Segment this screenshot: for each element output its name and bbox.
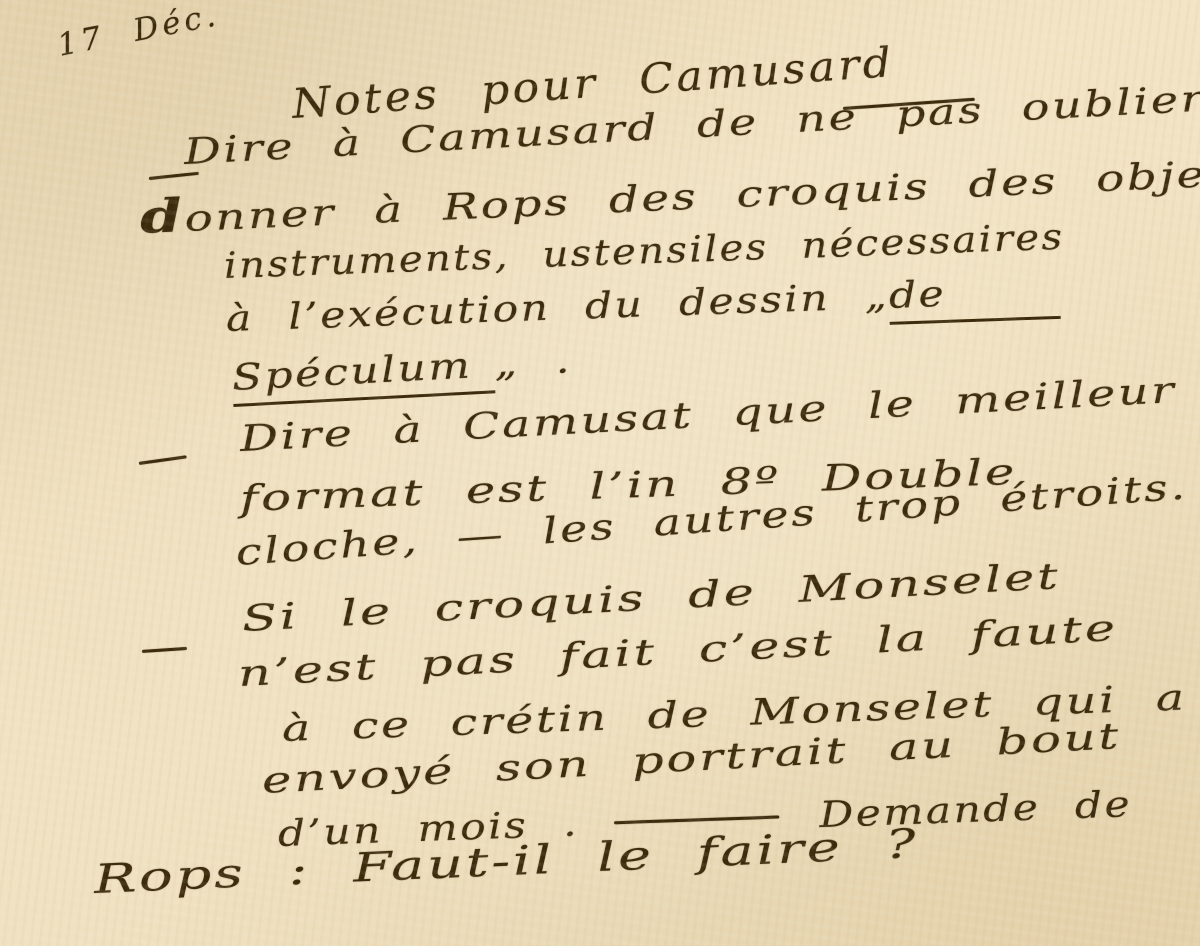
- mid-line-flourish-dash: [614, 815, 779, 824]
- manuscript-page: 17 Déc. Notes pour Camusard Dire à Camus…: [0, 0, 1200, 946]
- paragraph3-margin-dash: [142, 647, 187, 653]
- paragraph1-margin-dash: [149, 172, 199, 180]
- manuscript-line: Spéculum„ .: [231, 340, 573, 399]
- line-text: „ .: [493, 340, 573, 385]
- underlined-word-de: de: [888, 270, 1060, 325]
- line-text: à l’exécution du dessin „: [225, 276, 889, 340]
- underlined-word-speculum: Spéculum: [231, 344, 496, 407]
- paragraph2-margin-dash: [139, 455, 187, 465]
- manuscript-date: 17 Déc.: [55, 0, 223, 64]
